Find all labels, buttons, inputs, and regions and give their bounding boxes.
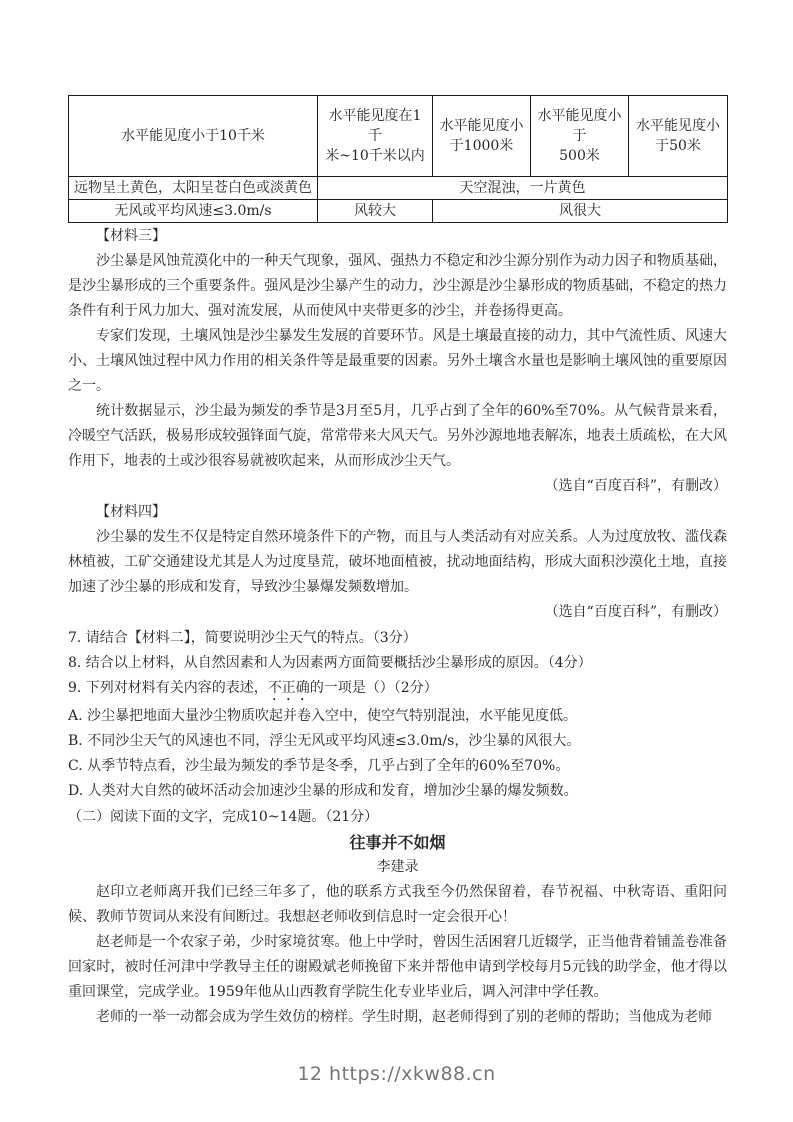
question-7: 7. 请结合【材料二】，简要说明沙尘天气的特点。（3分） <box>68 626 727 651</box>
material-three-section: 【材料三】 沙尘暴是风蚀荒漠化中的一种天气现象，强风、强热力不稳定和沙尘源分别作… <box>68 224 727 499</box>
paragraph: 专家们发现，土壤风蚀是沙尘暴发生发展的首要环节。风是土壤最直接的动力，其中气流性… <box>68 324 727 399</box>
table-cell: 水平能见度小于 500米 <box>531 96 629 177</box>
table-row-visibility: 水平能见度小于10千米 水平能见度在1千 米~10千米以内 水平能见度小 于10… <box>69 96 728 177</box>
table-cell: 风很大 <box>433 200 728 223</box>
essay-title: 往事并不如烟 <box>68 830 727 855</box>
page-number-and-url: 12 https://xkw88.cn <box>297 1063 495 1085</box>
table-cell: 水平能见度小 于50米 <box>629 96 728 177</box>
option-b: B. 不同沙尘天气的风速也不同，浮尘无风或平均风速≤3.0m/s，沙尘暴的风很大… <box>68 729 727 754</box>
table-cell: 水平能见度小于10千米 <box>69 96 318 177</box>
table-cell: 风较大 <box>318 200 433 223</box>
question-9-emphasized: 不正确 <box>268 680 310 696</box>
table-cell: 远物呈土黄色，太阳呈苍白色或淡黄色 <box>69 177 318 200</box>
source-attribution: （选自“百度百科”，有删改） <box>68 474 727 499</box>
material-four-heading: 【材料四】 <box>68 500 727 525</box>
document-page: 水平能见度小于10千米 水平能见度在1千 米~10千米以内 水平能见度小 于10… <box>0 0 793 1122</box>
paragraph: 统计数据显示，沙尘最为频发的季节是3月至5月，几乎占到了全年的60%至70%。从… <box>68 399 727 474</box>
source-attribution: （选自“百度百科”，有删改） <box>68 600 727 625</box>
page-footer: 12 https://xkw88.cn <box>0 1063 793 1085</box>
essay-author: 李建录 <box>68 855 727 880</box>
table-row-wind: 无风或平均风速≤3.0m/s 风较大 风很大 <box>69 200 728 223</box>
table-cell: 天空混浊，一片黄色 <box>318 177 728 200</box>
table-cell: 水平能见度小 于1000米 <box>433 96 531 177</box>
visibility-table: 水平能见度小于10千米 水平能见度在1千 米~10千米以内 水平能见度小 于10… <box>68 95 728 223</box>
material-three-heading: 【材料三】 <box>68 224 727 249</box>
reading-section-two: （二）阅读下面的文字，完成10~14题。（21分） 往事并不如烟 李建录 赵印立… <box>68 805 727 1030</box>
option-c: C. 从季节特点看，沙尘最为频发的季节是冬季，几乎占到了全年的60%至70%。 <box>68 754 727 779</box>
option-a: A. 沙尘暴把地面大量沙尘物质吹起并卷入空中，使空气特别混浊，水平能见度低。 <box>68 704 727 729</box>
question-8: 8. 结合以上材料，从自然因素和人为因素两方面简要概括沙尘暴形成的原因。（4分） <box>68 651 727 676</box>
question-9-post: 的一项是（）（2分） <box>310 680 438 696</box>
option-d: D. 人类对大自然的破坏活动会加速沙尘暴的形成和发育，增加沙尘暴的爆发频数。 <box>68 779 727 804</box>
paragraph: 赵老师是一个农家子弟，少时家境贫寒。他上中学时，曾因生活困窘几近辍学，正当他背着… <box>68 930 727 1005</box>
page-content: 水平能见度小于10千米 水平能见度在1千 米~10千米以内 水平能见度小 于10… <box>68 95 727 1030</box>
question-9-pre: 9. 下列对材料有关内容的表述， <box>68 680 268 696</box>
paragraph: 沙尘暴是风蚀荒漠化中的一种天气现象，强风、强热力不稳定和沙尘源分别作为动力因子和… <box>68 249 727 324</box>
questions-section: 7. 请结合【材料二】，简要说明沙尘天气的特点。（3分） 8. 结合以上材料，从… <box>68 626 727 804</box>
section-two-intro: （二）阅读下面的文字，完成10~14题。（21分） <box>68 805 727 830</box>
table-cell: 无风或平均风速≤3.0m/s <box>69 200 318 223</box>
question-9: 9. 下列对材料有关内容的表述，不正确的一项是（）（2分） <box>68 676 727 704</box>
material-four-section: 【材料四】 沙尘暴的发生不仅是特定自然环境条件下的产物，而且与人类活动有对应关系… <box>68 500 727 625</box>
paragraph: 赵印立老师离开我们已经三年多了，他的联系方式我至今仍然保留着，春节祝福、中秋寄语… <box>68 880 727 930</box>
table-cell: 水平能见度在1千 米~10千米以内 <box>318 96 433 177</box>
paragraph: 老师的一举一动都会成为学生效仿的榜样。学生时期，赵老师得到了别的老师的帮助；当他… <box>68 1005 727 1030</box>
paragraph: 沙尘暴的发生不仅是特定自然环境条件下的产物，而且与人类活动有对应关系。人为过度放… <box>68 525 727 600</box>
table-row-appearance: 远物呈土黄色，太阳呈苍白色或淡黄色 天空混浊，一片黄色 <box>69 177 728 200</box>
